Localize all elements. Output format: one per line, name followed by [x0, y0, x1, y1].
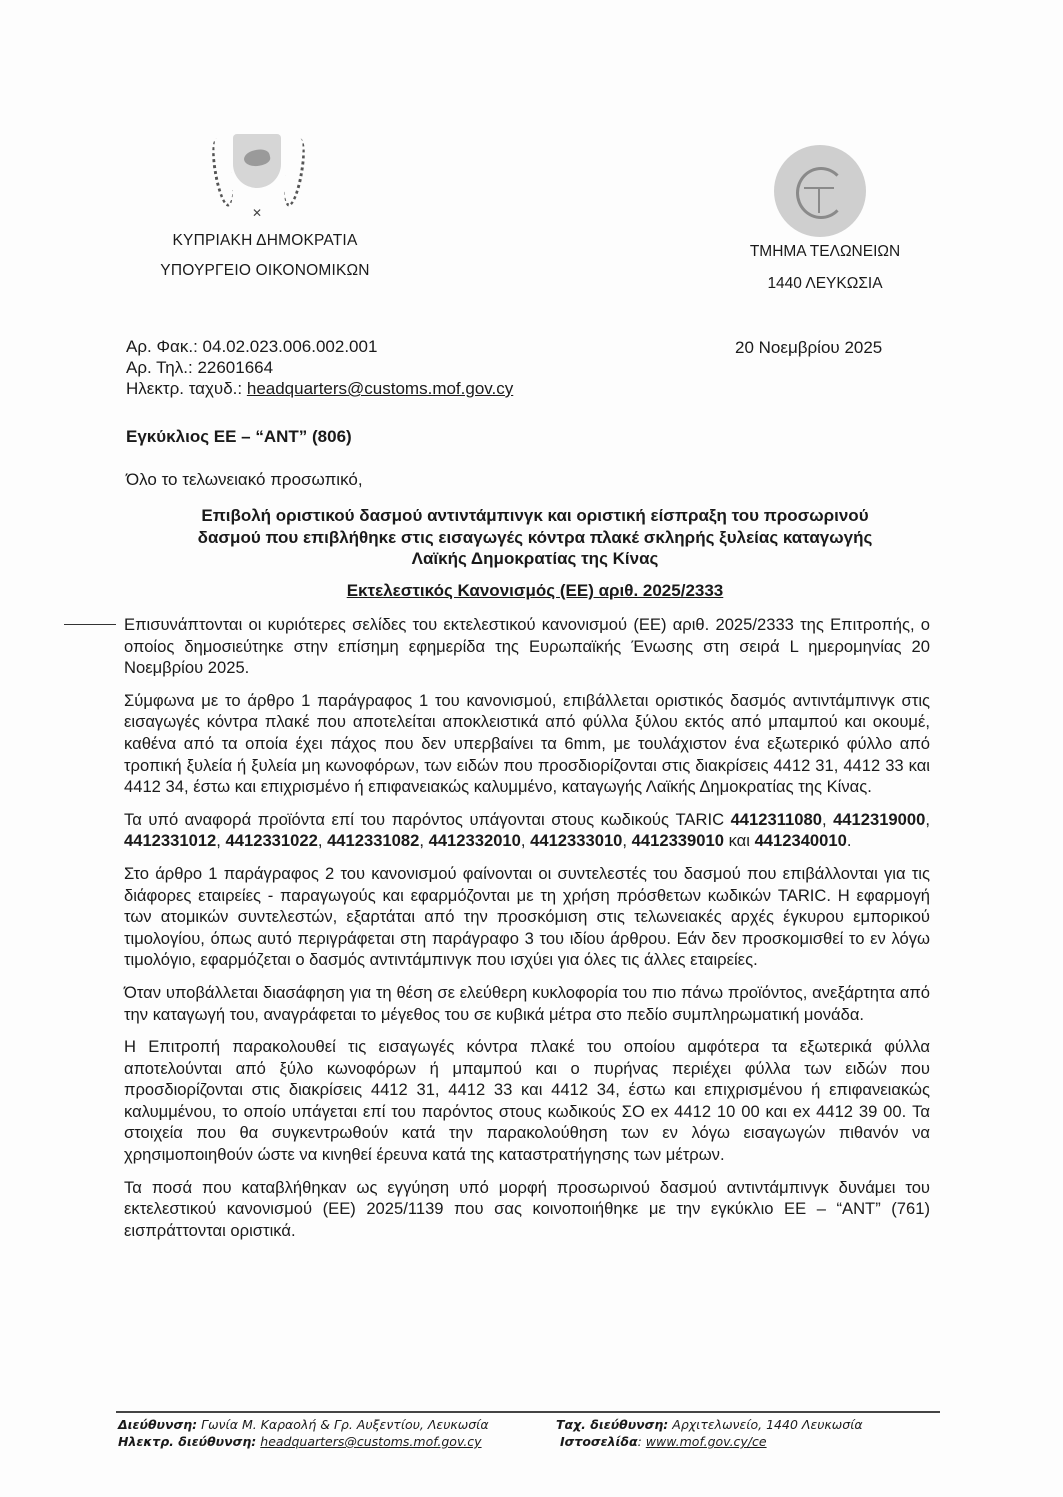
- footer-website-link[interactable]: www.mof.gov.cy/ce: [646, 1434, 767, 1449]
- footer-right: Ταχ. διεύθυνση: Αρχιτελωνείο, 1440 Λευκω…: [556, 1416, 863, 1450]
- issuer-ministry: ΥΠΟΥΡΓΕΙΟ ΟΙΚΟΝΟΜΙΚΩΝ: [150, 256, 380, 286]
- paragraph-6: Η Επιτροπή παρακολουθεί τις εισαγωγές κό…: [124, 1036, 930, 1166]
- paragraph-4: Στο άρθρο 1 παράγραφος 2 του κανονισμού …: [124, 863, 930, 971]
- footer-email-link[interactable]: headquarters@customs.mof.gov.cy: [260, 1434, 481, 1449]
- margin-mark: [64, 624, 116, 625]
- taric-code: 4412331022: [226, 831, 318, 850]
- footer-left: Διεύθυνση: Γωνία Μ. Καραολή & Γρ. Αυξεντ…: [118, 1416, 489, 1450]
- footer-postal: Ταχ. διεύθυνση: Αρχιτελωνείο, 1440 Λευκω…: [556, 1416, 863, 1433]
- document-date: 20 Νοεμβρίου 2025: [735, 338, 882, 358]
- issuer-republic: ΚΥΠΡΙΑΚΗ ΔΗΜΟΚΡΑΤΙΑ: [150, 226, 380, 256]
- taric-code: 4412319000: [833, 810, 925, 829]
- greeting: Όλο το τελωνειακό προσωπικό,: [126, 470, 363, 490]
- taric-code: 4412333010: [530, 831, 622, 850]
- regulation-title: Εκτελεστικός Κανονισμός (ΕΕ) αριθ. 2025/…: [110, 581, 960, 601]
- taric-code: 4412340010: [755, 831, 847, 850]
- document-body: Επισυνάπτονται οι κυριότερες σελίδες του…: [124, 614, 930, 1252]
- cyprus-coat-of-arms-icon: ✕: [208, 130, 308, 220]
- paragraph-1: Επισυνάπτονται οι κυριότερες σελίδες του…: [124, 614, 930, 679]
- taric-code: 4412332010: [429, 831, 521, 850]
- paragraph-7: Τα ποσά που καταβλήθηκαν ως εγγύηση υπό …: [124, 1177, 930, 1242]
- taric-code: 4412311080: [731, 810, 822, 829]
- footer-address: Διεύθυνση: Γωνία Μ. Καραολή & Γρ. Αυξεντ…: [118, 1416, 489, 1433]
- reference-block: Αρ. Φακ.: 04.02.023.006.002.001 Αρ. Τηλ.…: [126, 336, 513, 399]
- department-city: 1440 ΛΕΥΚΩΣΙΑ: [735, 268, 915, 300]
- paragraph-2: Σύμφωνα με το άρθρο 1 παράγραφος 1 του κ…: [124, 690, 930, 798]
- document-page: ✕ ΚΥΠΡΙΑΚΗ ΔΗΜΟΚΡΑΤΙΑ ΥΠΟΥΡΓΕΙΟ ΟΙΚΟΝΟΜΙ…: [0, 0, 1063, 1497]
- paragraph-3-taric: Τα υπό αναφορά προϊόντα επί του παρόντος…: [124, 809, 930, 852]
- file-number: Αρ. Φακ.: 04.02.023.006.002.001: [126, 336, 513, 357]
- email-line: Ηλεκτρ. ταχυδ.: headquarters@customs.mof…: [126, 378, 513, 399]
- taric-code: 4412331082: [327, 831, 419, 850]
- department-header: ΤΜΗΜΑ ΤΕΛΩΝΕΙΩΝ 1440 ΛΕΥΚΩΣΙΑ: [735, 236, 915, 300]
- taric-code: 4412339010: [632, 831, 724, 850]
- footer-website: Ιστοσελίδα: www.mof.gov.cy/ce: [556, 1433, 863, 1450]
- subject-heading: Επιβολή οριστικού δασμού αντιντάμπινγκ κ…: [110, 505, 960, 570]
- taric-code: 4412331012: [124, 831, 216, 850]
- paragraph-5: Όταν υποβάλλεται διασάφηση για τη θέση σ…: [124, 982, 930, 1025]
- footer-email: Ηλεκτρ. διεύθυνση: headquarters@customs.…: [118, 1433, 489, 1450]
- phone-number: Αρ. Τηλ.: 22601664: [126, 357, 513, 378]
- department-name: ΤΜΗΜΑ ΤΕΛΩΝΕΙΩΝ: [735, 236, 915, 268]
- email-link[interactable]: headquarters@customs.mof.gov.cy: [247, 379, 513, 398]
- customs-logo-icon: [774, 145, 866, 237]
- circular-number: Εγκύκλιος ΕΕ – “ANT” (806): [126, 427, 352, 447]
- footer-divider: [116, 1411, 940, 1413]
- issuer-header: ΚΥΠΡΙΑΚΗ ΔΗΜΟΚΡΑΤΙΑ ΥΠΟΥΡΓΕΙΟ ΟΙΚΟΝΟΜΙΚΩ…: [150, 226, 380, 286]
